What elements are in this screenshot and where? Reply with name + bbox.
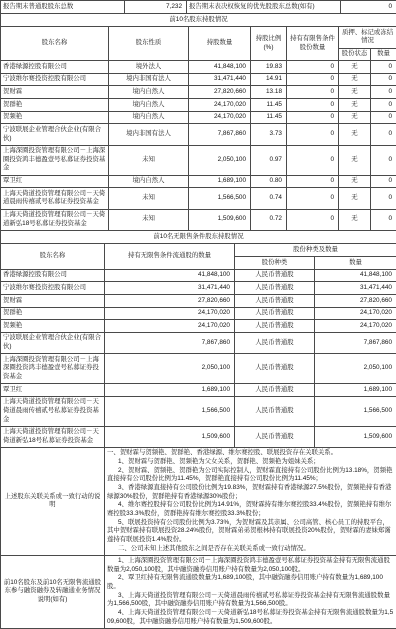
holder-row: 上海天倚道投资管理有限公司－天倚道新弘18号私募证券投资基金 未知 1,509,… (1, 209, 396, 230)
margin-note-row: 前10名股东及前10名无限售流通股东参与融资融券及转融通业务情况说明(如有) 1… (1, 555, 396, 628)
unrestricted-holder-name: 覃卫红 (1, 384, 105, 397)
holder-restricted-shares: 0 (287, 145, 339, 175)
table1-header-row-1: 股东名称 股东性质 持股数量 持股比例(%) 持有有限售条件股份数量 质押、标记… (1, 27, 396, 48)
holder-row: 宁波联展企业管理合伙企业(有限合伙) 境内非国有法人 7,867,860 3.7… (1, 124, 396, 145)
holder-pledge-qty: 0 (371, 99, 396, 112)
holder-nature: 境内自然人 (109, 86, 189, 99)
holder-shares: 1,566,500 (189, 188, 251, 209)
unrestricted-holder-row: 上海天倚道投资管理有限公司－天倚道晨雨传禧贰号私募证券投资基金 1,566,50… (1, 396, 396, 426)
share-class-qty: 2,050,100 (315, 354, 396, 384)
holder-row: 贺群艳 境内自然人 24,170,020 11.45 0 无 0 (1, 99, 396, 112)
margin-note-label: 前10名股东及前10名无限售流通股东参与融资融券及转融通业务情况说明(如有) (1, 555, 105, 628)
relation-note-line: 2、贺财霖、贺频艳、贺群艳为公司实际控制人，贺财霖直接持有公司股份比例为13.1… (107, 467, 394, 484)
share-class-qty: 31,471,440 (315, 282, 396, 295)
share-class-qty: 41,848,100 (315, 269, 396, 282)
unrestricted-holder-row: 上海天倚道投资管理有限公司－天倚道新弘18号私募证券投资基金 1,509,600… (1, 426, 396, 447)
stats-label-common-shareholders: 报告期末普通股股东总数 (1, 1, 125, 14)
holder-nature: 境外法人 (109, 61, 189, 74)
unrestricted-holder-name: 贺财霖 (1, 295, 105, 308)
holder-pledge-status: 无 (339, 111, 371, 124)
holder-restricted-shares: 0 (287, 188, 339, 209)
unrestricted-float-shares: 1,566,500 (105, 396, 235, 426)
holder-name: 上海深圈投资管理有限公司－上海深圈投资鸿丰德盈壹号私募证券投资基金 (1, 145, 109, 175)
holder-shares: 41,848,100 (189, 61, 251, 74)
holder-nature: 境内自然人 (109, 111, 189, 124)
col-header-holder-nature: 股东性质 (109, 27, 189, 61)
holder-shares: 27,820,660 (189, 86, 251, 99)
holder-shares: 2,050,100 (189, 145, 251, 175)
holder-pledge-status: 无 (339, 73, 371, 86)
holder-row: 上海深圈投资管理有限公司－上海深圈投资鸿丰德盈壹号私募证券投资基金 未知 2,0… (1, 145, 396, 175)
margin-note-line: 3、上海天倚道投资管理有限公司－天倚道晨雨传禧贰号私募证券投资基金持有无限售流通… (107, 592, 394, 609)
holder-restricted-shares: 0 (287, 73, 339, 86)
holder-ratio: 0.74 (251, 188, 287, 209)
holder-shares: 1,509,600 (189, 209, 251, 230)
holder-pledge-status: 无 (339, 124, 371, 145)
holder-pledge-qty: 0 (371, 111, 396, 124)
holder-restricted-shares: 0 (287, 111, 339, 124)
col-header-holder-name: 股东名称 (1, 27, 109, 61)
stats-row: 报告期末普通股股东总数 7,232 报告期末表决权恢复的优先股股东总数(如有) … (1, 1, 396, 14)
unrestricted-holder-row: 宁波联展企业管理合伙企业(有限合伙) 7,867,860 人民币普通股 7,86… (1, 332, 396, 353)
holder-pledge-qty: 0 (371, 145, 396, 175)
unrestricted-holder-name: 上海天倚道投资管理有限公司－天倚道晨雨传禧贰号私募证券投资基金 (1, 396, 105, 426)
col-header-pledge-group: 质押、标记或冻结情况 (339, 27, 396, 48)
unrestricted-holder-name: 贺群艳 (1, 307, 105, 320)
holder-row: 覃卫红 境内自然人 1,689,100 0.80 0 无 0 (1, 175, 396, 188)
holder-pledge-qty: 0 (371, 188, 396, 209)
unrestricted-float-shares: 1,509,600 (105, 426, 235, 447)
top10-unrestricted-table: 前10名无限售条件股东持股情况 股东名称 持有无限售条件流通股的数量 股份种类及… (0, 230, 396, 448)
share-class-qty: 1,566,500 (315, 396, 396, 426)
holder-restricted-shares: 0 (287, 209, 339, 230)
holder-pledge-status: 无 (339, 145, 371, 175)
col-header-share-class-group: 股份种类及数量 (235, 244, 396, 257)
unrestricted-holder-row: 贺群艳 24,170,020 人民币普通股 24,170,020 (1, 307, 396, 320)
holder-pledge-status: 无 (339, 209, 371, 230)
unrestricted-float-shares: 7,867,860 (105, 332, 235, 353)
share-class: 人民币普通股 (235, 396, 315, 426)
shareholder-disclosure-document: 报告期末普通股股东总数 7,232 报告期末表决权恢复的优先股股东总数(如有) … (0, 0, 396, 629)
share-class: 人民币普通股 (235, 426, 315, 447)
holder-name: 贺群艳 (1, 99, 109, 112)
holder-nature: 未知 (109, 188, 189, 209)
holder-nature: 未知 (109, 145, 189, 175)
stats-value-common-shareholders: 7,232 (125, 1, 187, 14)
margin-note-body: 1、上海深圈投资管理有限公司－上海深圈投资鸿丰德盈壹号私募证券投资基金持有无限售… (105, 555, 396, 628)
holder-name: 宁波联展企业管理合伙企业(有限合伙) (1, 124, 109, 145)
holder-pledge-qty: 0 (371, 124, 396, 145)
share-class: 人民币普通股 (235, 320, 315, 333)
holder-name: 贺财霖 (1, 86, 109, 99)
holder-name: 上海天倚道投资管理有限公司－天倚道晨雨传禧贰号私募证券投资基金 (1, 188, 109, 209)
section2-title-row: 前10名无限售条件股东持股情况 (1, 230, 396, 244)
share-class: 人民币普通股 (235, 332, 315, 353)
holder-name: 覃卫红 (1, 175, 109, 188)
section2-title: 前10名无限售条件股东持股情况 (1, 230, 396, 244)
relation-note-line: 一、贺财霖与贺频艳、贺群艳、香港绿源、维尔赛控股、联展投资存在关联关系。 (107, 449, 394, 458)
col-header-ratio: 持股比例(%) (251, 27, 287, 61)
holder-shares: 7,867,860 (189, 124, 251, 145)
relation-note-line: 1、贺财霖与贺群艳、贺频艳为父女关系，贺群艳、贺频艳为姐妹关系； (107, 458, 394, 467)
holder-row: 上海天倚道投资管理有限公司－天倚道晨雨传禧贰号私募证券投资基金 未知 1,566… (1, 188, 396, 209)
unrestricted-holder-name: 上海天倚道投资管理有限公司－天倚道新弘18号私募证券投资基金 (1, 426, 105, 447)
col-header-share-status: 股份状态 (339, 48, 371, 61)
unrestricted-float-shares: 24,170,020 (105, 307, 235, 320)
margin-note-line: 2、覃卫红持有无限售流通股数量为1,689,100股，其中融资融券信用账户持有数… (107, 574, 394, 591)
holder-ratio: 0.72 (251, 209, 287, 230)
col-header-share-qty: 数量 (315, 257, 396, 270)
holder-restricted-shares: 0 (287, 99, 339, 112)
unrestricted-holder-row: 贺财霖 27,820,660 人民币普通股 27,820,660 (1, 295, 396, 308)
unrestricted-holder-row: 上海深圈投资管理有限公司－上海深圈投资鸿丰德盈壹号私募证券投资基金 2,050,… (1, 354, 396, 384)
holder-restricted-shares: 0 (287, 86, 339, 99)
margin-note-line: 4、上海天倚道投资管理有限公司－天倚道新弘18号私募证券投资基金持有无限售流通股… (107, 609, 394, 626)
holder-ratio: 11.45 (251, 111, 287, 124)
col-header-pledge-qty: 数量 (371, 48, 396, 61)
share-class-qty: 1,689,100 (315, 384, 396, 397)
share-class: 人民币普通股 (235, 354, 315, 384)
holder-shares: 24,170,020 (189, 111, 251, 124)
holder-restricted-shares: 0 (287, 124, 339, 145)
holder-name: 贺频艳 (1, 111, 109, 124)
stats-table: 报告期末普通股股东总数 7,232 报告期末表决权恢复的优先股股东总数(如有) … (0, 0, 396, 14)
holder-name: 宁波维尔赛投资控股有限公司 (1, 73, 109, 86)
unrestricted-holder-name: 宁波联展企业管理合伙企业(有限合伙) (1, 332, 105, 353)
share-class-qty: 7,867,860 (315, 332, 396, 353)
unrestricted-holder-name: 上海深圈投资管理有限公司－上海深圈投资鸿丰德盈壹号私募证券投资基金 (1, 354, 105, 384)
share-class-qty: 24,170,020 (315, 320, 396, 333)
col-header-holder-name-2: 股东名称 (1, 244, 105, 269)
holder-nature: 境内非国有法人 (109, 124, 189, 145)
table2-header-row-1: 股东名称 持有无限售条件流通股的数量 股份种类及数量 (1, 244, 396, 257)
holder-pledge-status: 无 (339, 99, 371, 112)
margin-note-line: 1、上海深圈投资管理有限公司－上海深圈投资鸿丰德盈壹号私募证券投资基金持有无限售… (107, 557, 394, 574)
holder-ratio: 0.80 (251, 175, 287, 188)
holder-nature: 未知 (109, 209, 189, 230)
holder-nature: 境内自然人 (109, 99, 189, 112)
section1-title-row: 前10名股东持股情况 (1, 13, 396, 27)
holder-restricted-shares: 0 (287, 61, 339, 74)
holder-pledge-qty: 0 (371, 86, 396, 99)
holder-ratio: 0.97 (251, 145, 287, 175)
stats-label-preferred-shareholders: 报告期末表决权恢复的优先股股东总数(如有) (187, 1, 341, 14)
relation-note-row: 上述股东关联关系或一致行动的说明 一、贺财霖与贺频艳、贺群艳、香港绿源、维尔赛控… (1, 447, 396, 555)
holder-name: 香港绿源控股有限公司 (1, 61, 109, 74)
unrestricted-holder-name: 香港绿源控股有限公司 (1, 269, 105, 282)
unrestricted-holder-row: 宁波维尔赛投资控股有限公司 31,471,440 人民币普通股 31,471,4… (1, 282, 396, 295)
relation-note-line: 5、联展投资持有公司股份比例为3.73%，为贺财霖及其亲属、公司高管、核心员工的… (107, 519, 394, 545)
holder-row: 贺频艳 境内自然人 24,170,020 11.45 0 无 0 (1, 111, 396, 124)
unrestricted-holder-row: 覃卫红 1,689,100 人民币普通股 1,689,100 (1, 384, 396, 397)
unrestricted-holder-row: 贺频艳 24,170,020 人民币普通股 24,170,020 (1, 320, 396, 333)
unrestricted-float-shares: 1,689,100 (105, 384, 235, 397)
unrestricted-holder-row: 香港绿源控股有限公司 41,848,100 人民币普通股 41,848,100 (1, 269, 396, 282)
relation-note-line: 二、公司未知上述其他股东之间是否存在关联关系或一致行动情况。 (107, 545, 394, 554)
top10-holders-table: 前10名股东持股情况 股东名称 股东性质 持股数量 持股比例(%) 持有有限售条… (0, 13, 396, 231)
holder-ratio: 19.83 (251, 61, 287, 74)
unrestricted-float-shares: 41,848,100 (105, 269, 235, 282)
unrestricted-float-shares: 2,050,100 (105, 354, 235, 384)
holder-pledge-status: 无 (339, 61, 371, 74)
share-class: 人民币普通股 (235, 384, 315, 397)
holder-pledge-status: 无 (339, 86, 371, 99)
holder-row: 宁波维尔赛投资控股有限公司 境内非国有法人 31,471,440 14.91 0… (1, 73, 396, 86)
holder-nature: 境内非国有法人 (109, 73, 189, 86)
share-class-qty: 1,509,600 (315, 426, 396, 447)
holder-pledge-qty: 0 (371, 73, 396, 86)
holder-row: 贺财霖 境内自然人 27,820,660 13.18 0 无 0 (1, 86, 396, 99)
unrestricted-float-shares: 24,170,020 (105, 320, 235, 333)
relation-note-line: 3、香港绿源直接持有公司股份比例为19.83%，贺财霖持有香港绿源27.5%股份… (107, 484, 394, 501)
holder-shares: 31,471,440 (189, 73, 251, 86)
holder-ratio: 14.91 (251, 73, 287, 86)
holder-name: 上海天倚道投资管理有限公司－天倚道新弘18号私募证券投资基金 (1, 209, 109, 230)
holder-pledge-status: 无 (339, 175, 371, 188)
holder-shares: 1,689,100 (189, 175, 251, 188)
holder-ratio: 11.45 (251, 99, 287, 112)
holder-row: 香港绿源控股有限公司 境外法人 41,848,100 19.83 0 无 0 (1, 61, 396, 74)
col-header-restricted-shares: 持有有限售条件股份数量 (287, 27, 339, 61)
holder-pledge-qty: 0 (371, 61, 396, 74)
col-header-unrestricted-float: 持有无限售条件流通股的数量 (105, 244, 235, 269)
col-header-shares-held: 持股数量 (189, 27, 251, 61)
holder-ratio: 13.18 (251, 86, 287, 99)
unrestricted-float-shares: 31,471,440 (105, 282, 235, 295)
share-class: 人民币普通股 (235, 282, 315, 295)
holder-nature: 境内自然人 (109, 175, 189, 188)
section1-title: 前10名股东持股情况 (1, 13, 396, 27)
share-class: 人民币普通股 (235, 307, 315, 320)
holder-pledge-qty: 0 (371, 209, 396, 230)
share-class: 人民币普通股 (235, 295, 315, 308)
holder-pledge-status: 无 (339, 188, 371, 209)
stats-value-preferred-shareholders: 0 (341, 1, 396, 14)
col-header-share-class: 股份种类 (235, 257, 315, 270)
relation-note-line: 4、维尔赛控股持有公司股份比例为14.91%，贺财霖持有维尔赛控股33.4%股份… (107, 501, 394, 518)
holder-pledge-qty: 0 (371, 175, 396, 188)
holder-ratio: 3.73 (251, 124, 287, 145)
share-class: 人民币普通股 (235, 269, 315, 282)
share-class-qty: 24,170,020 (315, 307, 396, 320)
relation-note-label: 上述股东关联关系或一致行动的说明 (1, 447, 105, 555)
notes-table: 上述股东关联关系或一致行动的说明 一、贺财霖与贺频艳、贺群艳、香港绿源、维尔赛控… (0, 447, 396, 629)
share-class-qty: 27,820,660 (315, 295, 396, 308)
unrestricted-holder-name: 宁波维尔赛投资控股有限公司 (1, 282, 105, 295)
holder-restricted-shares: 0 (287, 175, 339, 188)
unrestricted-float-shares: 27,820,660 (105, 295, 235, 308)
unrestricted-holder-name: 贺频艳 (1, 320, 105, 333)
holder-shares: 24,170,020 (189, 99, 251, 112)
relation-note-body: 一、贺财霖与贺频艳、贺群艳、香港绿源、维尔赛控股、联展投资存在关联关系。 1、贺… (105, 447, 396, 555)
